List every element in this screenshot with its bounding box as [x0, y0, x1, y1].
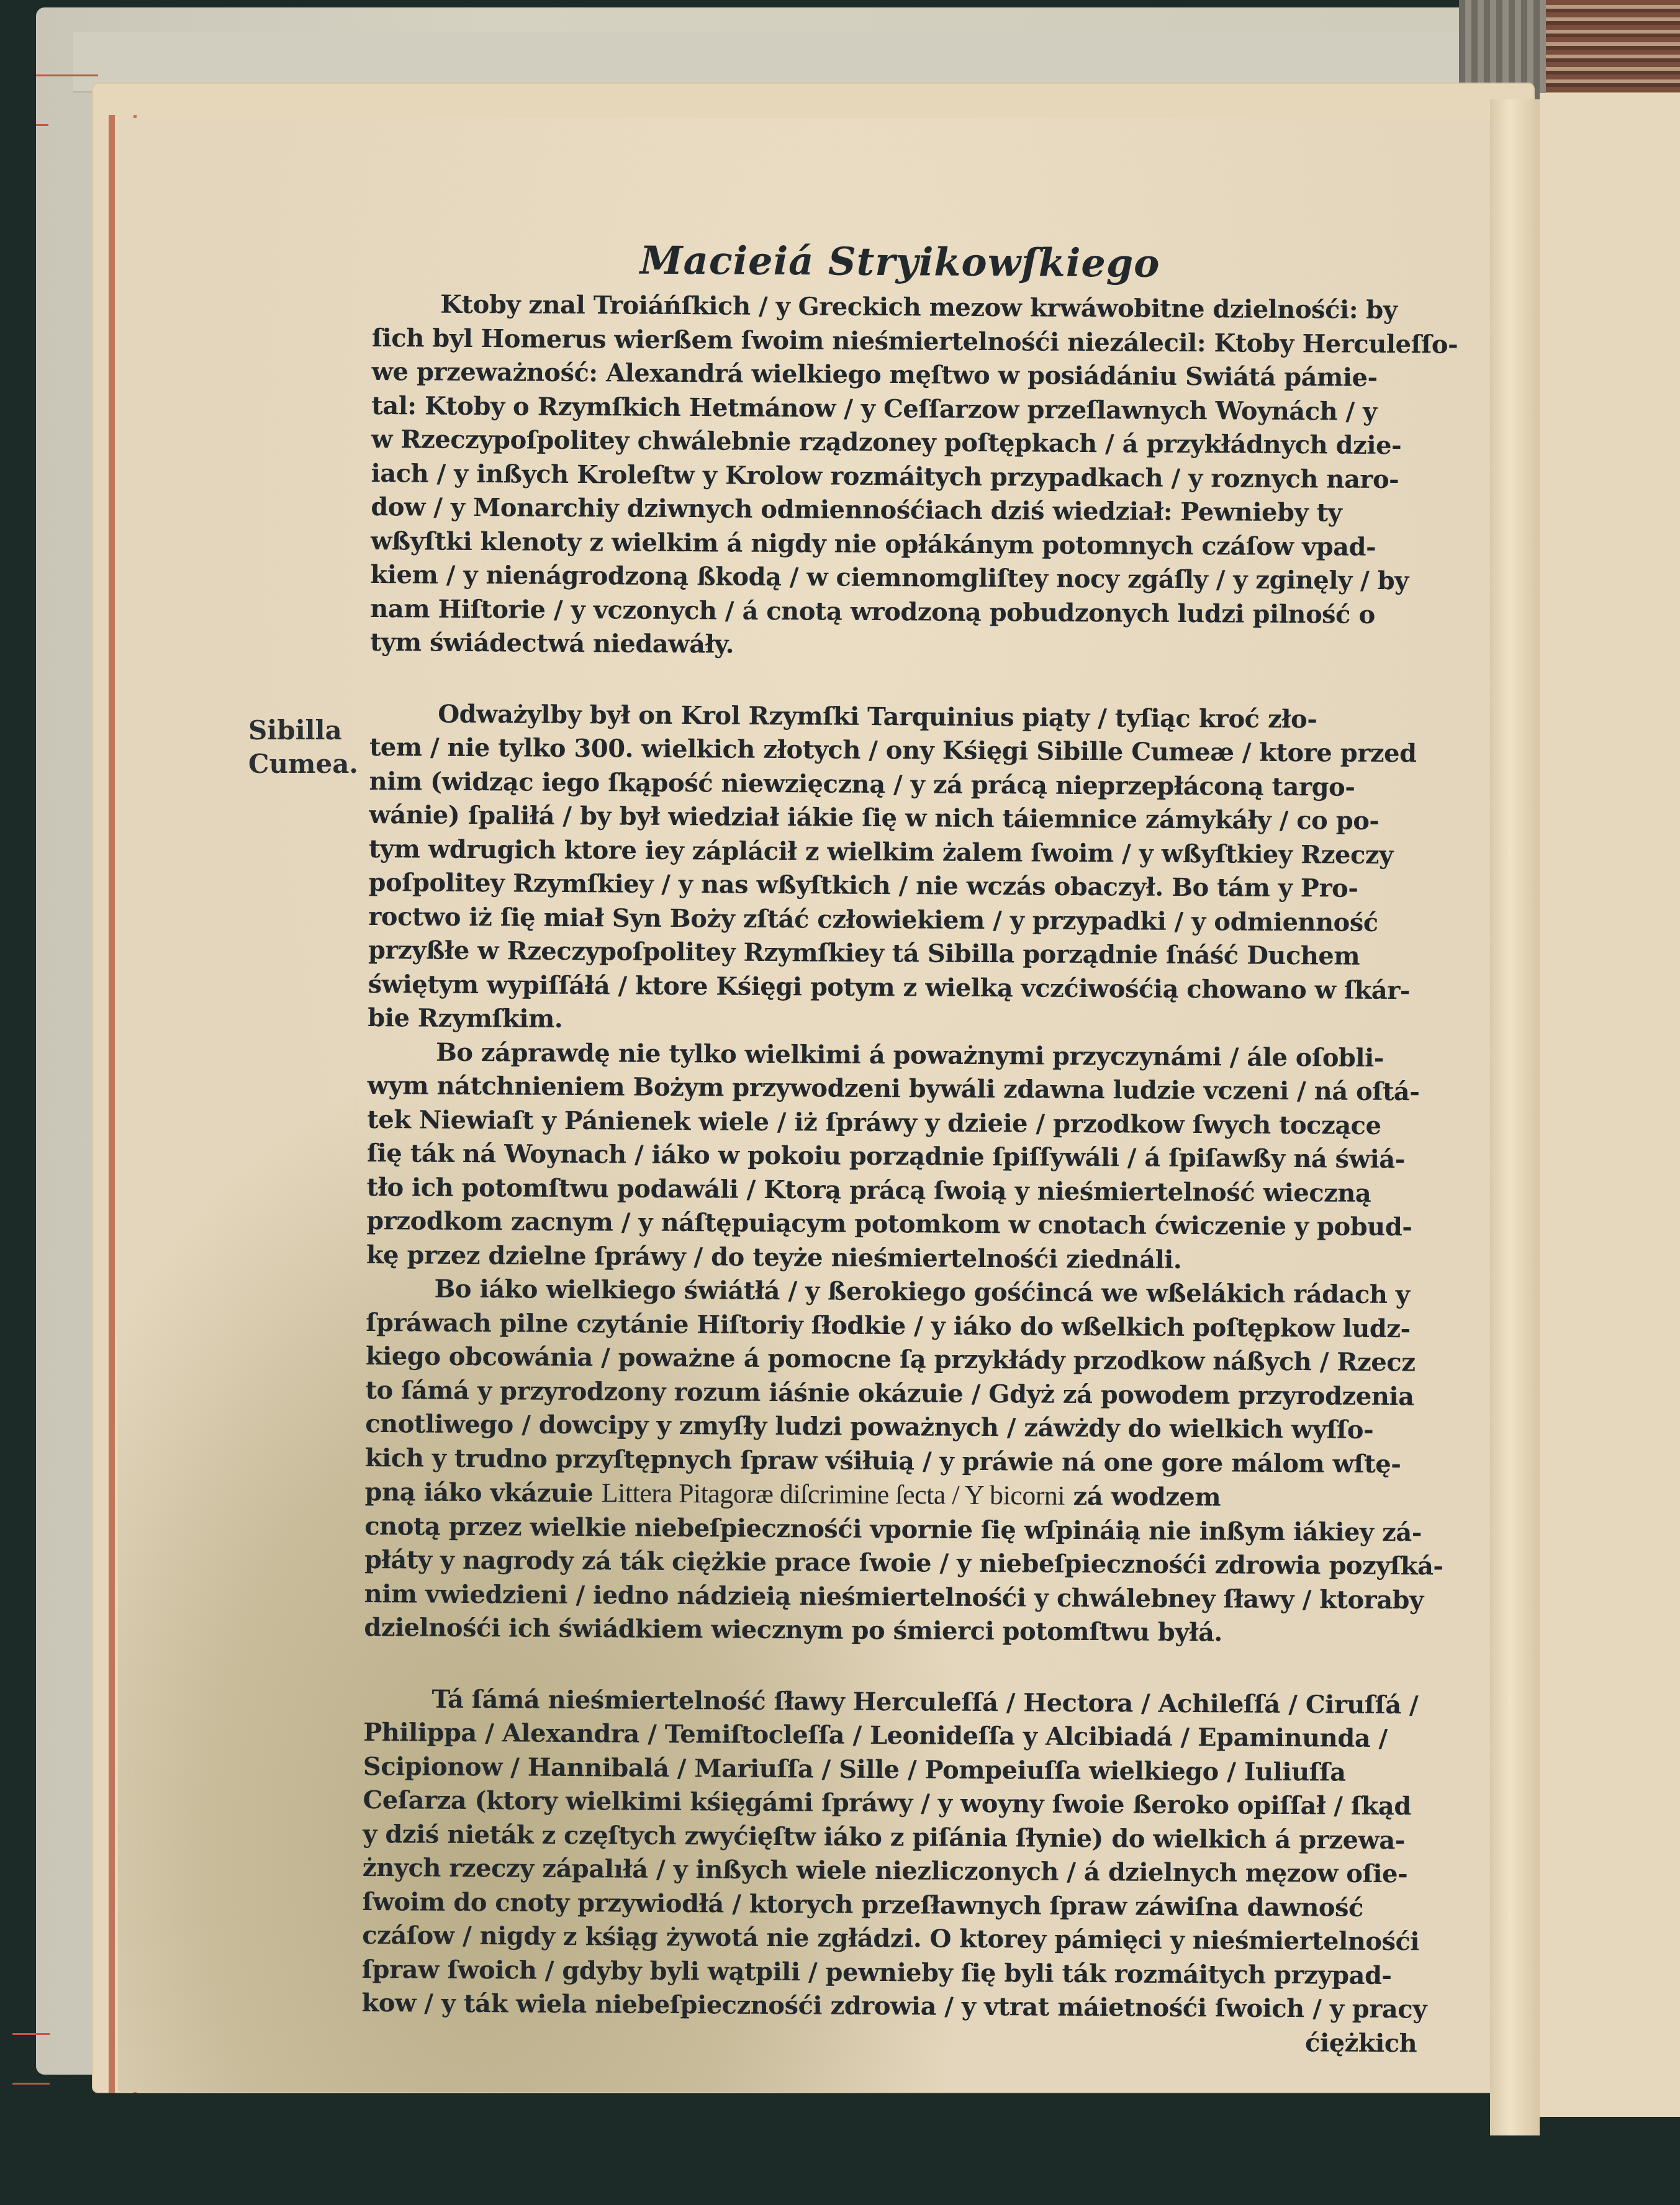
text-line: ſię ták ná Woynach / iáko w pokoiu porzą…: [367, 1137, 1422, 1177]
text-line: czáſow / nigdy z kśiąg żywotá nie zgłádz…: [362, 1919, 1417, 1959]
text-line: bie Rzymſkim.: [368, 1001, 1423, 1042]
facing-page-edge: [1540, 93, 1680, 2117]
text-segment: zá wodzem: [1073, 1482, 1221, 1512]
text-line: wánie) ſpaliłá / by był wiedział iákie ſ…: [369, 798, 1424, 839]
paragraph-1: Ktoby znal Troiáńſkich / y Greckich mezo…: [370, 287, 1428, 666]
text-line: dow / y Monarchiy dziwnych odmiennośćiac…: [371, 490, 1426, 531]
text-segment: pną iáko vkázuie: [364, 1477, 593, 1508]
red-page-edge-1: [109, 115, 115, 2093]
page-fore-edge: [1546, 0, 1680, 99]
marginal-note-line: Cumea.: [248, 747, 358, 781]
text-line: Ceſarza (ktory wielkimi kśięgámi ſpráwy …: [363, 1783, 1418, 1824]
text-line: dzielnośći ich świádkiem wiecznym po śmi…: [364, 1611, 1419, 1651]
text-line: przodkom zacnym / y náſtępuiącym potomko…: [366, 1204, 1422, 1245]
paragraph-3: Bo záprawdę nie tylko wielkimi á poważny…: [366, 1035, 1423, 1278]
page-text: Macieiá Stryikowſkiego Ktoby znal Troiáń…: [361, 236, 1428, 2060]
text-line: tym świádectwá niedawáły.: [370, 626, 1425, 666]
cover-red-rule-mid: [36, 124, 48, 126]
text-line: kiem / y nienágrodzoną ßkodą / w ciemnom…: [370, 558, 1425, 598]
marginal-note-line: Sibilla: [248, 714, 358, 747]
marginal-note: Sibilla Cumea.: [248, 714, 358, 781]
paragraph-5: Tá ſámá nieśmiertelność ſławy Herculeſſá…: [361, 1682, 1419, 2060]
paragraph-gap: [364, 1644, 1419, 1688]
page-gutter-fold: [1490, 99, 1540, 2135]
paragraph-2: Odważylby był on Krol Rzymſki Tarquinius…: [368, 697, 1425, 1041]
running-title: Macieiá Stryikowſkiego: [373, 236, 1428, 287]
catchword: ćiężkich: [361, 2020, 1417, 2060]
text-line: przyßłe w Rzeczypoſpolitey Rzymſkiey tá …: [368, 934, 1424, 974]
text-line: w Rzeczypoſpolitey chwálebnie rządzoney …: [371, 423, 1427, 463]
cover-red-rule-bottom-2: [12, 2083, 50, 2085]
text-line: cnotliwego / dowcipy y zmyſły ludzi powa…: [365, 1407, 1420, 1448]
text-line: żnych rzeczy zápalıłá / y inßych wiele n…: [363, 1851, 1418, 1892]
text-line: wym nátchnieniem Bożym przywodzeni bywál…: [367, 1069, 1422, 1109]
text-line: tem / nie tylko 300. wielkich złotych / …: [369, 731, 1425, 771]
text-line: pną iáko vkázuie Littera Pitagoræ diſcri…: [364, 1475, 1420, 1516]
text-line: Bo iáko wielkiego świátłá / y ßerokiego …: [366, 1272, 1421, 1312]
paragraph-4: Bo iáko wielkiego świátłá / y ßerokiego …: [364, 1272, 1422, 1651]
text-line: poſpolitey Rzymſkiey / y nas wßyſtkich /…: [368, 866, 1424, 906]
text-line: Ktoby znal Troiáńſkich / y Greckich mezo…: [372, 287, 1427, 328]
paragraph-gap: [369, 659, 1425, 703]
cover-red-rule-top: [36, 74, 98, 76]
text-line: płáty y nagrody zá ták ciężkie prace ſwo…: [364, 1543, 1420, 1584]
text-line: we przeważność: Alexandrá wielkiego męſt…: [371, 355, 1427, 395]
text-line: Philippa / Alexandra / Temiſtocleſſa / L…: [363, 1716, 1419, 1756]
cover-red-rule-bottom: [12, 2033, 50, 2035]
latin-quotation: Littera Pitagoræ diſcrimine ſecta / Y bi…: [602, 1477, 1065, 1511]
text-line: kiego obcowánia / poważne á pomocne ſą p…: [366, 1340, 1421, 1380]
text-line: kow / y ták wiela niebeſpiecznośći zdrow…: [361, 1986, 1417, 2027]
